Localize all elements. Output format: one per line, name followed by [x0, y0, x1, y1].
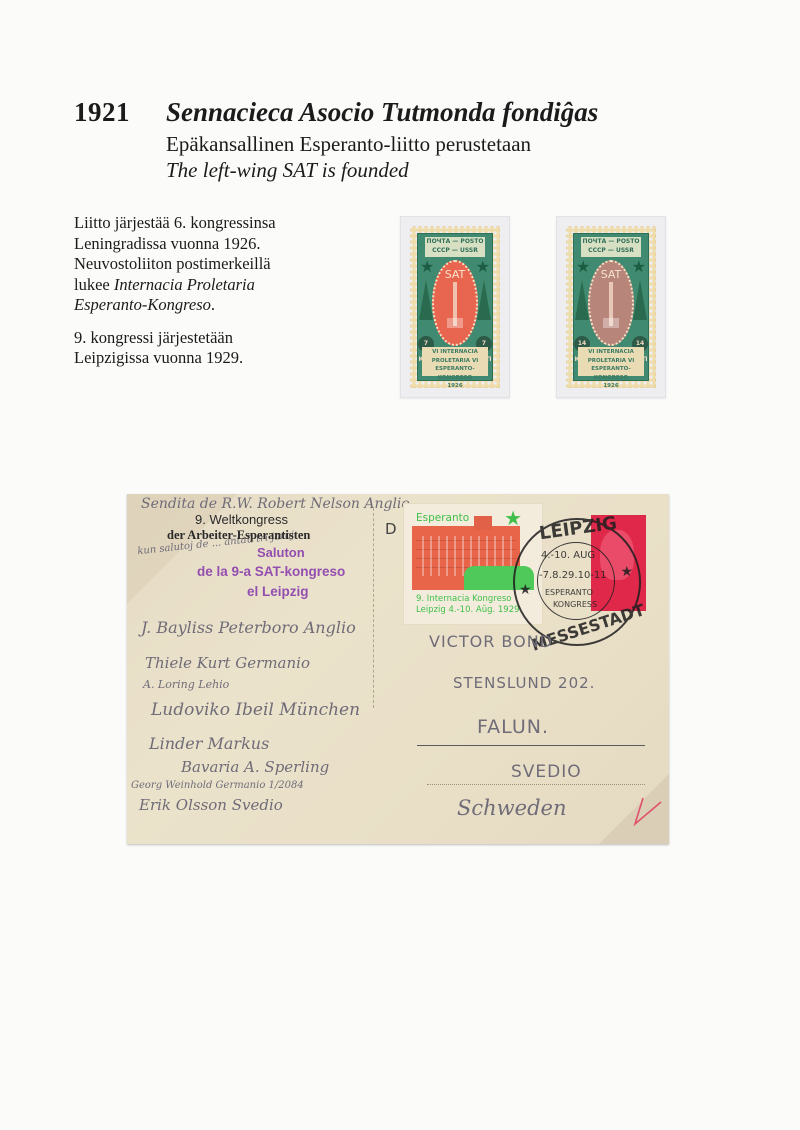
address-city: FALUN. [477, 716, 549, 738]
address-street: STENSLUND 202. [453, 674, 595, 692]
cachet-line: el Leipzig [247, 584, 309, 599]
star-icon: ★ [632, 260, 646, 276]
italic-fragment: Esperanto-Kongreso [74, 295, 211, 314]
text-line: Liitto järjestää 6. kongressinsa [74, 213, 374, 234]
page-title: Sennacieca Asocio Tutmonda fondiĝas [166, 97, 598, 128]
tree-icon [477, 280, 491, 320]
postmark-text: KONGRESS [553, 600, 597, 609]
stamp-header: ПОЧТА — POSTO СССР — USSR [425, 237, 485, 257]
stamp-inscription-line: 1926 [578, 382, 644, 391]
postmark-text: 4.-10. AUG [541, 550, 595, 561]
stamp-mount-2: ПОЧТА — POSTO СССР — USSR ★ ★ SAT 14 КОП… [556, 216, 666, 398]
check-mark-icon [631, 792, 665, 828]
text-line: Leipzigissa vuonna 1929. [74, 348, 374, 369]
star-icon: ★ [420, 260, 434, 276]
stamp-header: ПОЧТА — POSTO СССР — USSR [581, 237, 641, 257]
postmark-date: -7.8.29.10-11 [539, 570, 607, 581]
italic-fragment: Internacia Proletaria [114, 275, 255, 294]
ussr-stamp-14-kop: ПОЧТА — POSTO СССР — USSR ★ ★ SAT 14 КОП… [567, 227, 655, 387]
address-dotted-line [427, 784, 645, 785]
stamp-frame: ПОЧТА — POSTO СССР — USSR ★ ★ SAT 14 КОП… [573, 233, 649, 381]
star-icon: ★ [620, 564, 633, 581]
stamp-header-line: ПОЧТА — POSTO [425, 237, 485, 246]
signature: A. Loring Lehio [143, 678, 229, 691]
text-line: Leningradissa vuonna 1926. [74, 234, 374, 255]
address-name: VICTOR BOND [429, 632, 553, 651]
signature: Bavaria A. Sperling [181, 758, 329, 776]
text-fragment: lukee [74, 275, 114, 294]
stamp-inscription-line: ESPERANTO-KONGRESO [578, 365, 644, 382]
signature: Ludoviko Ibeil München [151, 700, 360, 720]
address-country-german: Schweden [457, 796, 566, 820]
text-line: 9. kongressi järjestetään [74, 328, 374, 349]
subtitle-english: The left-wing SAT is founded [166, 158, 409, 183]
stamp-inscription-line: VI INTERNACIA PROLETARIA VI [422, 348, 488, 365]
tree-icon [419, 280, 433, 320]
postcard-divider [373, 508, 374, 708]
label-text: 9. Internacia Kongreso [416, 594, 511, 604]
postmark-city: LEIPZIG [538, 513, 618, 545]
star-icon: ★ [519, 582, 532, 599]
printed-heading: 9. Weltkongress [195, 512, 288, 527]
star-icon: ★ [476, 260, 490, 276]
postmark-text: ESPERANTO [545, 588, 593, 597]
stamp-inscription: VI INTERNACIA PROLETARIA VI ESPERANTO-KO… [578, 347, 644, 376]
signature: J. Bayliss Peterboro Anglio [141, 618, 356, 637]
stamp-inscription: VI INTERNACIA PROLETARIA VI ESPERANTO-KO… [422, 347, 488, 376]
signature: Linder Markus [149, 734, 269, 753]
ussr-stamp-7-kop: ПОЧТА — POSTO СССР — USSR ★ ★ SAT 7 КОП … [411, 227, 499, 387]
stamp-inscription-line: VI INTERNACIA PROLETARIA VI [578, 348, 644, 365]
leipzig-postmark: LEIPZIG 4.-10. AUG -7.8.29.10-11 ESPERAN… [513, 518, 641, 646]
stamp-header-line: ПОЧТА — POSTO [581, 237, 641, 246]
tree-icon [633, 280, 647, 320]
tree-icon [575, 280, 589, 320]
label-title: Esperanto [416, 512, 469, 524]
stamp-header-line: СССР — USSR [425, 246, 485, 255]
stamp-inscription-line: 1926 [422, 382, 488, 391]
stamp-header-line: СССР — USSR [581, 246, 641, 255]
cachet-line: de la 9-a SAT-kongreso [197, 564, 345, 579]
stamp-oval: SAT [588, 260, 634, 346]
signature: Thiele Kurt Germanio [145, 654, 310, 672]
monument-base [447, 318, 464, 328]
stamp-frame: ПОЧТА — POSTO СССР — USSR ★ ★ SAT 7 КОП … [417, 233, 493, 381]
handwriting-sender: Sendita de R.W. Robert Nelson Anglio [141, 496, 410, 512]
postcard: Sendita de R.W. Robert Nelson Anglio kun… [127, 494, 669, 844]
address-underline [417, 745, 645, 746]
sat-emblem: SAT [434, 268, 476, 281]
signature: Georg Weinhold Germanio 1/2084 [131, 780, 304, 791]
description-text: Liitto järjestää 6. kongressinsa Leningr… [74, 213, 374, 381]
address-country-esperanto: SVEDIO [511, 762, 582, 782]
signature: Erik Olsson Svedio [139, 796, 283, 814]
text-line: lukee Internacia Proletaria [74, 275, 374, 296]
pencil-mark: D [385, 520, 397, 538]
text-line: Esperanto-Kongreso. [74, 295, 374, 316]
description-paragraph-2: 9. kongressi järjestetään Leipzigissa vu… [74, 328, 374, 369]
text-line: Neuvostoliiton postimerkeillä [74, 254, 374, 275]
year-heading: 1921 [74, 97, 130, 128]
cachet-line: Saluton [257, 545, 305, 560]
stamp-inscription-line: ESPERANTO-KONGRESO [422, 365, 488, 382]
star-icon: ★ [576, 260, 590, 276]
monument-base [603, 318, 620, 328]
label-text: Leipzig 4.-10. Aŭg. 1929 [416, 605, 520, 615]
stamp-mount-1: ПОЧТА — POSTO СССР — USSR ★ ★ SAT 7 КОП … [400, 216, 510, 398]
text-fragment: . [211, 295, 215, 314]
subtitle-finnish: Epäkansallinen Esperanto-liitto perustet… [166, 132, 531, 157]
description-paragraph-1: Liitto järjestää 6. kongressinsa Leningr… [74, 213, 374, 316]
printed-subheading: der Arbeiter-Esperantisten [167, 528, 310, 543]
stamp-oval: SAT [432, 260, 478, 346]
sat-emblem: SAT [590, 268, 632, 281]
